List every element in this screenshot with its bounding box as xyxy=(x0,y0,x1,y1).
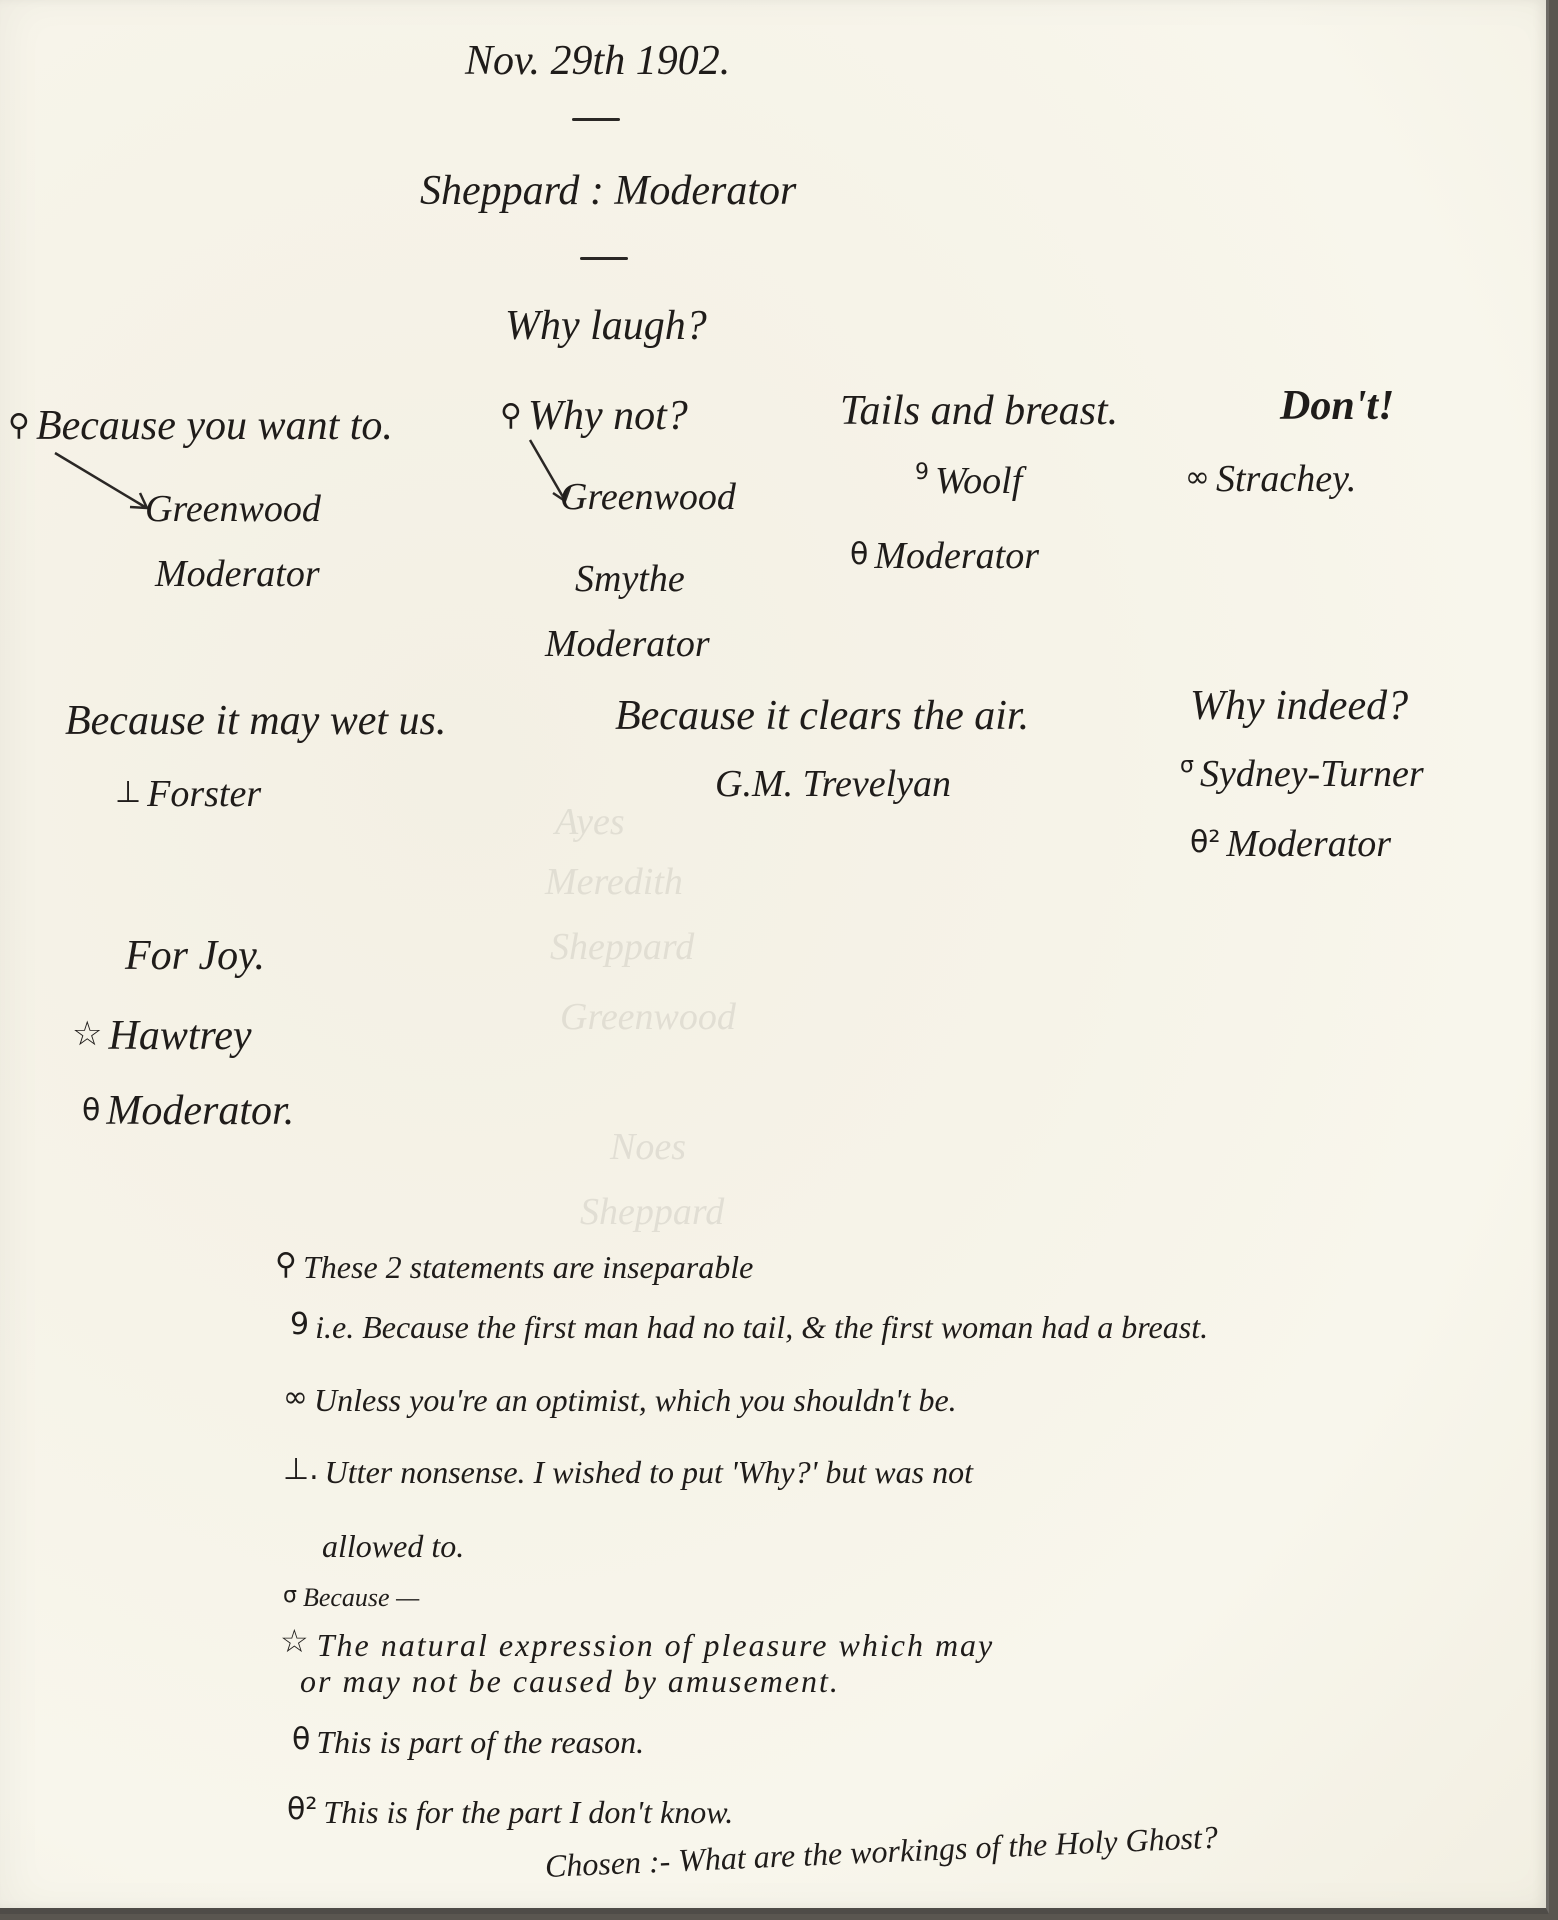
footnote-continuation: allowed to. xyxy=(322,1530,464,1562)
signature-greenwood: Greenwood xyxy=(145,490,321,528)
signature-woolf: 9Woolf xyxy=(915,462,1022,500)
footnote: θ²This is for the part I don't know. xyxy=(287,1795,733,1828)
signature-sydney-turner: σSydney-Turner xyxy=(1180,755,1424,793)
answer-because-you-want-to: ⚲Because you want to. xyxy=(8,405,393,447)
bleed-through-text: Meredith xyxy=(545,860,683,904)
theta-mark-icon: θ xyxy=(850,540,868,570)
cross-circle-mark-icon: ⚲ xyxy=(8,411,30,441)
nine-mark-icon: 9 xyxy=(915,462,929,484)
bleed-through-text: Sheppard xyxy=(580,1190,724,1234)
answer-text: Because you want to. xyxy=(36,403,393,449)
footnote: 9i.e. Because the first man had no tail,… xyxy=(290,1310,1208,1343)
bleed-through-text: Noes xyxy=(610,1125,686,1169)
answer-text: Why not? xyxy=(528,393,688,439)
answer-because-it-clears-the-air: Because it clears the air. xyxy=(615,695,1029,737)
manuscript-page: Ayes Meredith Sheppard Greenwood Noes Sh… xyxy=(0,0,1549,1914)
theta-mark-icon: θ xyxy=(82,1096,100,1126)
down-tack-mark-icon: ⊥. xyxy=(283,1455,319,1485)
bleed-through-text: Sheppard xyxy=(550,925,694,969)
footnote: ∞Unless you're an optimist, which you sh… xyxy=(283,1383,957,1416)
sigma-mark-icon: σ xyxy=(283,1585,297,1607)
signature-greenwood: Greenwood xyxy=(560,478,736,516)
answer-dont: Don't! xyxy=(1280,385,1394,427)
signature-strachey: ∞Strachey. xyxy=(1185,460,1356,498)
signature-smythe: Smythe xyxy=(575,560,685,598)
down-tack-mark-icon: ⊥ xyxy=(115,778,141,808)
answer-why-indeed: Why indeed? xyxy=(1190,685,1408,727)
signature-moderator: θModerator. xyxy=(82,1090,294,1132)
bleed-through-text: Ayes xyxy=(555,800,625,844)
cross-circle-mark-icon: ⚲ xyxy=(275,1250,297,1280)
cross-circle-mark-icon: ⚲ xyxy=(500,401,522,431)
signature-hawtrey: ☆Hawtrey xyxy=(72,1015,252,1057)
infinity-mark-icon: ∞ xyxy=(283,1383,308,1413)
theta-mark-icon: θ xyxy=(292,1725,310,1755)
moderator-heading: Sheppard : Moderator xyxy=(420,170,796,212)
signature-moderator: θModerator xyxy=(850,537,1039,575)
footnote: ⚲These 2 statements are inseparable xyxy=(275,1250,753,1283)
debate-question: Why laugh? xyxy=(505,305,707,347)
footnote: ⊥.Utter nonsense. I wished to put 'Why?'… xyxy=(283,1455,973,1488)
theta-squared-mark-icon: θ² xyxy=(287,1795,317,1825)
answer-for-joy: For Joy. xyxy=(125,935,265,977)
theta-squared-mark-icon: θ² xyxy=(1190,828,1220,858)
nine-mark-icon: 9 xyxy=(290,1310,309,1340)
signature-moderator: θ²Moderator xyxy=(1190,825,1391,863)
star-mark-icon: ☆ xyxy=(280,1625,311,1657)
signature-forster: ⊥Forster xyxy=(115,775,261,813)
signature-trevelyan: G.M. Trevelyan xyxy=(715,765,951,803)
answer-tails-and-breast: Tails and breast. xyxy=(840,390,1118,432)
bleed-through-text: Greenwood xyxy=(560,995,736,1039)
footnote: θThis is part of the reason. xyxy=(292,1725,644,1758)
infinity-mark-icon: ∞ xyxy=(1185,463,1210,493)
answer-why-not: ⚲Why not? xyxy=(500,395,688,437)
entry-date: Nov. 29th 1902. xyxy=(465,40,730,82)
signature-moderator: Moderator xyxy=(545,625,710,663)
footnote: ☆The natural expression of pleasure whic… xyxy=(280,1625,994,1661)
signature-moderator: Moderator xyxy=(155,555,320,593)
header-divider xyxy=(580,257,628,260)
sigma-mark-icon: σ xyxy=(1180,755,1194,777)
star-mark-icon: ☆ xyxy=(72,1017,102,1051)
header-divider xyxy=(572,118,620,121)
answer-because-it-may-wet-us: Because it may wet us. xyxy=(65,700,446,742)
footnote: σBecause — xyxy=(283,1585,419,1611)
footnote-continuation: or may not be caused by amusement. xyxy=(300,1665,840,1697)
